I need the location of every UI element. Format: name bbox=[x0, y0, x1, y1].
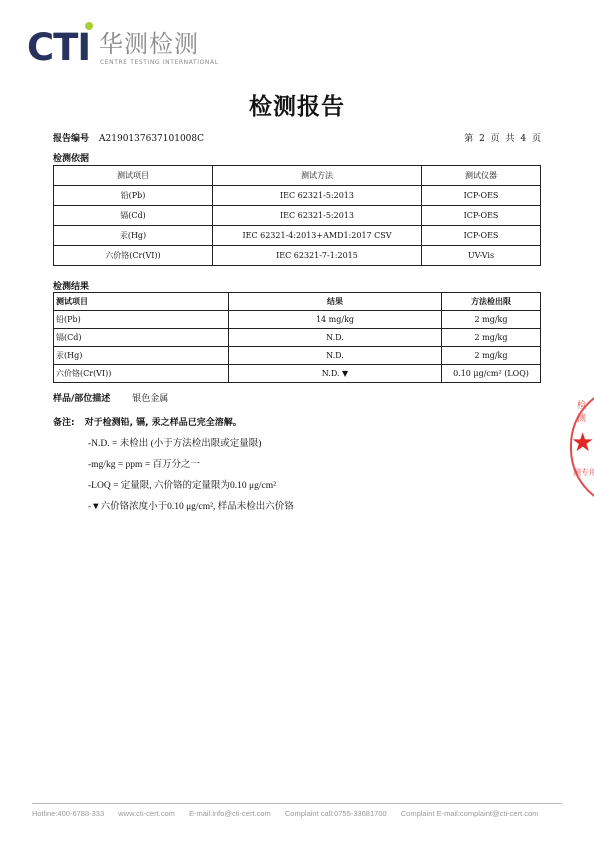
cell-limit: 2 mg/kg bbox=[442, 311, 541, 329]
notes-header: 备注:对于检测铅, 镉, 汞之样品已完全溶解。 bbox=[53, 415, 294, 428]
cell-instrument: UV-Vis bbox=[422, 246, 541, 266]
footer-complaint-call: Complaint call:0755-33681700 bbox=[285, 809, 387, 818]
seal-star-icon: ★ bbox=[571, 430, 594, 456]
cell-result: N.D. bbox=[229, 347, 442, 365]
logo-dot-icon bbox=[85, 22, 93, 30]
column-header: 测试方法 bbox=[213, 166, 422, 186]
column-header: 方法检出限 bbox=[442, 293, 541, 311]
cell-limit: 2 mg/kg bbox=[442, 347, 541, 365]
notes: 备注:对于检测铅, 镉, 汞之样品已完全溶解。 -N.D. = 未检出 (小于方… bbox=[53, 415, 294, 512]
sample-description-value: 银色金属 bbox=[132, 394, 168, 404]
footer-complaint-email[interactable]: Complaint E-mail:complaint@cti-cert.com bbox=[401, 809, 539, 818]
cell-item: 铅(Pb) bbox=[54, 311, 229, 329]
cell-instrument: ICP-OES bbox=[422, 226, 541, 246]
cell-item: 六价铬(Cr(VI)) bbox=[54, 365, 229, 383]
column-header: 测试项目 bbox=[54, 166, 213, 186]
table-row: 六价铬(Cr(VI)) N.D. ▼ 0.10 μg/cm² (LOQ) bbox=[54, 365, 541, 383]
report-number-label: 报告编号 bbox=[53, 134, 89, 144]
cell-method: IEC 62321-7-1:2015 bbox=[213, 246, 422, 266]
report-number-value: A2190137637101008C bbox=[99, 134, 204, 144]
cell-instrument: ICP-OES bbox=[422, 206, 541, 226]
cell-instrument: ICP-OES bbox=[422, 186, 541, 206]
basis-table: 测试项目 测试方法 测试仪器 铅(Pb) IEC 62321-5:2013 IC… bbox=[53, 165, 541, 266]
cell-limit: 0.10 μg/cm² (LOQ) bbox=[442, 365, 541, 383]
seal-top-text: 检 测 bbox=[577, 398, 594, 424]
table-row: 铅(Pb) 14 mg/kg 2 mg/kg bbox=[54, 311, 541, 329]
results-section-label: 检测结果 bbox=[53, 279, 89, 292]
notes-label: 备注: bbox=[53, 418, 75, 428]
note-line: -mg/kg = ppm = 百万分之一 bbox=[88, 456, 294, 470]
footer-hotline: Hotline:400-6788-333 bbox=[32, 809, 104, 818]
column-header: 结果 bbox=[229, 293, 442, 311]
seal-bottom-text: 测专用 bbox=[573, 467, 594, 478]
cell-item: 镉(Cd) bbox=[54, 329, 229, 347]
footer-email[interactable]: E-mail:info@cti-cert.com bbox=[189, 809, 271, 818]
cell-method: IEC 62321-5:2013 bbox=[213, 186, 422, 206]
cell-result: N.D. ▼ bbox=[229, 365, 442, 383]
cell-item: 汞(Hg) bbox=[54, 226, 213, 246]
page-indicator: 第 2 页 共 4 页 bbox=[464, 131, 541, 144]
column-header: 测试仪器 bbox=[422, 166, 541, 186]
cell-item: 六价铬(Cr(VI)) bbox=[54, 246, 213, 266]
table-row: 镉(Cd) N.D. 2 mg/kg bbox=[54, 329, 541, 347]
footer-website[interactable]: www.cti-cert.com bbox=[118, 809, 175, 818]
table-header-row: 测试项目 结果 方法检出限 bbox=[54, 293, 541, 311]
table-header-row: 测试项目 测试方法 测试仪器 bbox=[54, 166, 541, 186]
cell-result: N.D. bbox=[229, 329, 442, 347]
cell-item: 镉(Cd) bbox=[54, 206, 213, 226]
report-title: 检测报告 bbox=[0, 88, 594, 121]
note-line: -LOQ = 定量限, 六价铬的定量限为0.10 μg/cm² bbox=[88, 477, 294, 491]
notes-headline: 对于检测铅, 镉, 汞之样品已完全溶解。 bbox=[85, 418, 242, 428]
footer-divider bbox=[32, 803, 562, 804]
logo-brand: CTI bbox=[27, 28, 90, 68]
logo-chinese-name: 华测检测 bbox=[99, 30, 199, 58]
table-row: 铅(Pb) IEC 62321-5:2013 ICP-OES bbox=[54, 186, 541, 206]
table-row: 汞(Hg) IEC 62321-4:2013+AMD1:2017 CSV ICP… bbox=[54, 226, 541, 246]
sample-description-label: 样品/部位描述 bbox=[53, 394, 110, 404]
cell-method: IEC 62321-5:2013 bbox=[213, 206, 422, 226]
report-number: 报告编号A2190137637101008C bbox=[53, 131, 204, 144]
column-header: 测试项目 bbox=[54, 293, 229, 311]
cell-method: IEC 62321-4:2013+AMD1:2017 CSV bbox=[213, 226, 422, 246]
cell-limit: 2 mg/kg bbox=[442, 329, 541, 347]
note-line: -N.D. = 未检出 (小于方法检出限或定量限) bbox=[88, 435, 294, 449]
sample-description: 样品/部位描述银色金属 bbox=[53, 391, 168, 404]
results-table: 测试项目 结果 方法检出限 铅(Pb) 14 mg/kg 2 mg/kg 镉(C… bbox=[53, 292, 541, 383]
footer: Hotline:400-6788-333 www.cti-cert.com E-… bbox=[32, 809, 550, 818]
table-row: 六价铬(Cr(VI)) IEC 62321-7-1:2015 UV-Vis bbox=[54, 246, 541, 266]
table-row: 镉(Cd) IEC 62321-5:2013 ICP-OES bbox=[54, 206, 541, 226]
cell-item: 铅(Pb) bbox=[54, 186, 213, 206]
basis-section-label: 检测依据 bbox=[53, 151, 89, 164]
note-line: -▼六价铬浓度小于0.10 μg/cm², 样品未检出六价铬 bbox=[88, 498, 294, 512]
logo-english-name: CENTRE TESTING INTERNATIONAL bbox=[100, 59, 219, 66]
cell-result: 14 mg/kg bbox=[229, 311, 442, 329]
table-row: 汞(Hg) N.D. 2 mg/kg bbox=[54, 347, 541, 365]
cell-item: 汞(Hg) bbox=[54, 347, 229, 365]
